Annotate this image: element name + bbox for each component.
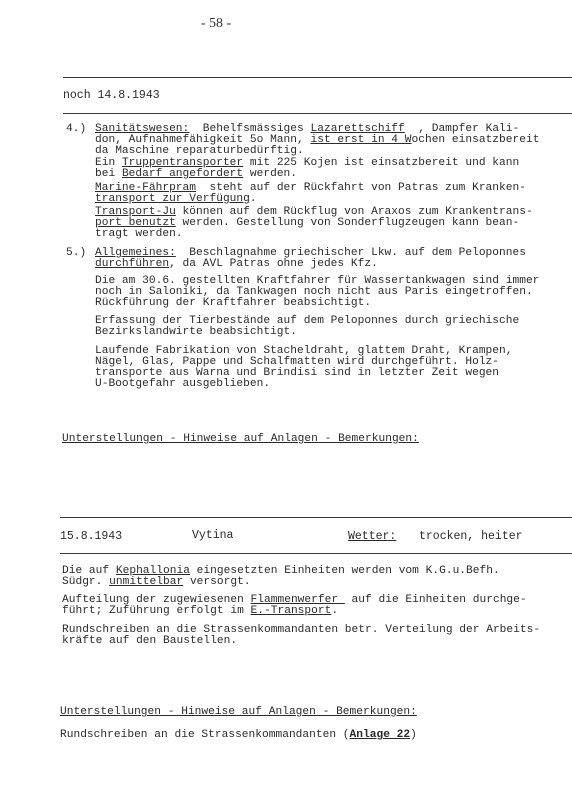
section-date: noch 14.8.1943: [63, 89, 160, 102]
remarks-heading: Unterstellungen - Hinweise auf Anlagen -…: [62, 434, 419, 445]
item-4-line: bei Bedarf angefordert werden.: [95, 169, 297, 180]
item-4-line: da Maschine reparaturbedürftig.: [95, 146, 304, 157]
divider-rule: [60, 553, 572, 554]
remarks-text: Rundschreiben an die Strassenkommandante…: [60, 730, 417, 741]
item-number: 4.): [66, 124, 86, 135]
entry-line: kräfte auf den Baustellen.: [62, 636, 237, 647]
page-number: - 58 -: [0, 16, 432, 32]
item-number: 5.): [66, 248, 86, 259]
entry-line: Südgr. unmittelbar versorgt.: [62, 577, 251, 588]
annex-reference: Anlage 22: [350, 729, 411, 741]
divider-rule: [63, 77, 572, 78]
item-5-line: Bezirkslandwirte beabsichtigt.: [95, 327, 297, 338]
item-5-line: Rückführung der Kraftfahrer beabsichtigt…: [95, 298, 371, 309]
item-5-line: U-Bootgefahr ausgeblieben.: [95, 379, 270, 390]
item-4-line: tragt werden.: [95, 229, 183, 240]
remarks-heading: Unterstellungen - Hinweise auf Anlagen -…: [60, 707, 417, 718]
weather-value: trocken, heiter: [419, 530, 523, 543]
entry-line: führt; Zuführung erfolgt im E.-Transport…: [62, 606, 338, 617]
section-place: Vytina: [192, 529, 233, 542]
item-5-line: durchführen, da AVL Patras ohne jedes Kf…: [95, 259, 378, 270]
section-date: 15.8.1943: [60, 530, 122, 543]
weather-label: Wetter:: [348, 530, 396, 543]
divider-rule: [60, 517, 572, 518]
divider-rule: [63, 113, 572, 114]
item-4-line: transport zur Verfügung.: [95, 194, 257, 205]
